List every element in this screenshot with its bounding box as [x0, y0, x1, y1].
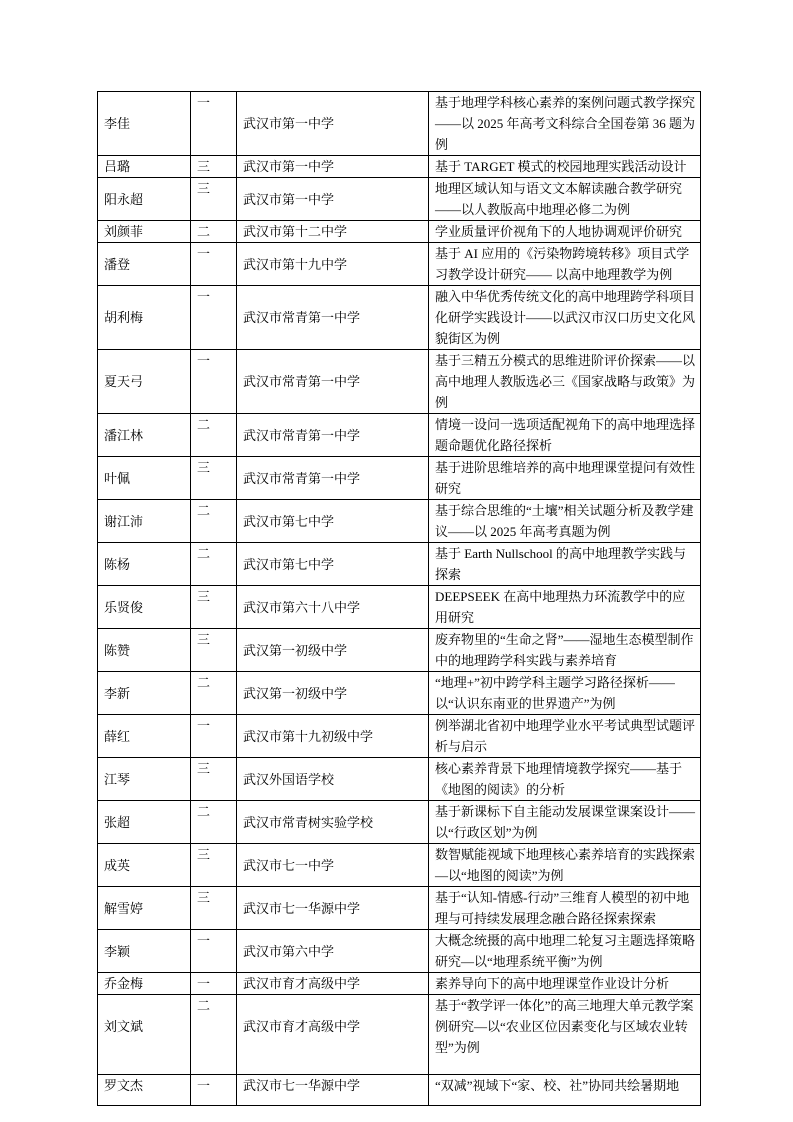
title-cell: 基于“教学评一体化”的高三地理大单元教学案例研究—以“农业区位因素变化与区域农业…: [429, 995, 701, 1075]
title-cell: 数智赋能视域下地理核心素养培育的实践探索—以“地图的阅读”为例: [429, 844, 701, 887]
name-cell: 刘颜菲: [98, 221, 191, 243]
table-row: 李颖一武汉市第六中学大概念统摄的高中地理二轮复习主题选择策略研究—以“地理系统平…: [98, 930, 701, 973]
title-cell: 基于综合思维的“土壤”相关试题分析及教学建议——以 2025 年高考真题为例: [429, 500, 701, 543]
table-row: 阳永超三武汉市第一中学地理区域认知与语文文本解读融合教学研究——以人教版高中地理…: [98, 178, 701, 221]
rank-cell: 二: [191, 414, 237, 457]
school-cell: 武汉市七一华源中学: [237, 887, 429, 930]
table-row: 潘登一武汉市第十九中学基于 AI 应用的《污染物跨境转移》项目式学习教学设计研究…: [98, 243, 701, 286]
table-row: 潘江林二武汉市常青第一中学情境一设问一选项适配视角下的高中地理选择题命题优化路径…: [98, 414, 701, 457]
rank-cell: 一: [191, 930, 237, 973]
rank-cell: 一: [191, 92, 237, 156]
rank-cell: 二: [191, 543, 237, 586]
name-cell: 乔金梅: [98, 973, 191, 995]
title-cell: 融入中华优秀传统文化的高中地理跨学科项目化研学实践设计——以武汉市汉口历史文化风…: [429, 286, 701, 350]
table-row: 胡利梅一武汉市常青第一中学融入中华优秀传统文化的高中地理跨学科项目化研学实践设计…: [98, 286, 701, 350]
school-cell: 武汉第一初级中学: [237, 629, 429, 672]
school-cell: 武汉市第一中学: [237, 156, 429, 178]
name-cell: 李佳: [98, 92, 191, 156]
table-row: 解雪婷三武汉市七一华源中学基于“认知-情感-行动”三维育人模型的初中地理与可持续…: [98, 887, 701, 930]
table-row: 谢江沛二武汉市第七中学基于综合思维的“土壤”相关试题分析及教学建议——以 202…: [98, 500, 701, 543]
title-cell: 废弃物里的“生命之肾”——湿地生态模型制作中的地理跨学科实践与素养培育: [429, 629, 701, 672]
title-cell: 素养导向下的高中地理课堂作业设计分析: [429, 973, 701, 995]
school-cell: 武汉市第七中学: [237, 543, 429, 586]
rank-cell: 三: [191, 156, 237, 178]
name-cell: 夏天弓: [98, 350, 191, 414]
awards-table-body: 李佳一武汉市第一中学基于地理学科核心素养的案例问题式教学探究——以 2025 年…: [98, 92, 701, 1106]
rank-cell: 一: [191, 243, 237, 286]
title-cell: 地理区域认知与语文文本解读融合教学研究——以人教版高中地理必修二为例: [429, 178, 701, 221]
table-row: 乐贤俊三武汉市第六十八中学DEEPSEEK 在高中地理热力环流教学中的应用研究: [98, 586, 701, 629]
awards-table: 李佳一武汉市第一中学基于地理学科核心素养的案例问题式教学探究——以 2025 年…: [97, 91, 701, 1106]
school-cell: 武汉第一初级中学: [237, 672, 429, 715]
school-cell: 武汉市常青第一中学: [237, 286, 429, 350]
table-row: 陈杨二武汉市第七中学基于 Earth Nullschool 的高中地理教学实践与…: [98, 543, 701, 586]
school-cell: 武汉市常青第一中学: [237, 457, 429, 500]
table-row: 吕璐三武汉市第一中学基于 TARGET 模式的校园地理实践活动设计: [98, 156, 701, 178]
title-cell: 基于三精五分模式的思维进阶评价探索——以高中地理人教版选必三《国家战略与政策》为…: [429, 350, 701, 414]
name-cell: 吕璐: [98, 156, 191, 178]
name-cell: 潘江林: [98, 414, 191, 457]
table-row: 乔金梅一武汉市育才高级中学素养导向下的高中地理课堂作业设计分析: [98, 973, 701, 995]
title-cell: 基于新课标下自主能动发展课堂课案设计——以“行政区划”为例: [429, 801, 701, 844]
name-cell: 乐贤俊: [98, 586, 191, 629]
name-cell: 薛红: [98, 715, 191, 758]
title-cell: “地理+”初中跨学科主题学习路径探析——以“认识东南亚的世界遗产”为例: [429, 672, 701, 715]
rank-cell: 一: [191, 715, 237, 758]
table-row: 刘文斌二武汉市育才高级中学基于“教学评一体化”的高三地理大单元教学案例研究—以“…: [98, 995, 701, 1075]
table-row: 李佳一武汉市第一中学基于地理学科核心素养的案例问题式教学探究——以 2025 年…: [98, 92, 701, 156]
rank-cell: 二: [191, 221, 237, 243]
name-cell: 成英: [98, 844, 191, 887]
rank-cell: 三: [191, 586, 237, 629]
rank-cell: 三: [191, 887, 237, 930]
table-row: 李新二武汉第一初级中学“地理+”初中跨学科主题学习路径探析——以“认识东南亚的世…: [98, 672, 701, 715]
name-cell: 陈赞: [98, 629, 191, 672]
title-cell: 基于进阶思维培养的高中地理课堂提问有效性研究: [429, 457, 701, 500]
school-cell: 武汉市常青第一中学: [237, 414, 429, 457]
school-cell: 武汉市第十九中学: [237, 243, 429, 286]
rank-cell: 三: [191, 457, 237, 500]
document-page: 李佳一武汉市第一中学基于地理学科核心素养的案例问题式教学探究——以 2025 年…: [0, 0, 793, 1122]
table-row: 张超二武汉市常青树实验学校基于新课标下自主能动发展课堂课案设计——以“行政区划”…: [98, 801, 701, 844]
name-cell: 刘文斌: [98, 995, 191, 1075]
title-cell: 核心素养背景下地理情境教学探究——基于《地图的阅读》的分析: [429, 758, 701, 801]
school-cell: 武汉市第一中学: [237, 178, 429, 221]
name-cell: 李新: [98, 672, 191, 715]
name-cell: 江琴: [98, 758, 191, 801]
school-cell: 武汉市育才高级中学: [237, 995, 429, 1075]
table-row: 陈赞三武汉第一初级中学废弃物里的“生命之肾”——湿地生态模型制作中的地理跨学科实…: [98, 629, 701, 672]
rank-cell: 一: [191, 286, 237, 350]
name-cell: 解雪婷: [98, 887, 191, 930]
school-cell: 武汉市七一中学: [237, 844, 429, 887]
school-cell: 武汉市第七中学: [237, 500, 429, 543]
table-row: 夏天弓一武汉市常青第一中学基于三精五分模式的思维进阶评价探索——以高中地理人教版…: [98, 350, 701, 414]
school-cell: 武汉市第六中学: [237, 930, 429, 973]
title-cell: 基于地理学科核心素养的案例问题式教学探究——以 2025 年高考文科综合全国卷第…: [429, 92, 701, 156]
title-cell: 基于“认知-情感-行动”三维育人模型的初中地理与可持续发展理念融合路径探索探索: [429, 887, 701, 930]
table-row: 刘颜菲二武汉市第十二中学学业质量评价视角下的人地协调观评价研究: [98, 221, 701, 243]
name-cell: 陈杨: [98, 543, 191, 586]
title-cell: 例举湖北省初中地理学业水平考试典型试题评析与启示: [429, 715, 701, 758]
table-row: 成英三武汉市七一中学数智赋能视域下地理核心素养培育的实践探索—以“地图的阅读”为…: [98, 844, 701, 887]
name-cell: 阳永超: [98, 178, 191, 221]
title-cell: 基于 TARGET 模式的校园地理实践活动设计: [429, 156, 701, 178]
table-row: 罗文杰一武汉市七一华源中学“双减”视域下“家、校、社”协同共绘暑期地: [98, 1075, 701, 1106]
title-cell: DEEPSEEK 在高中地理热力环流教学中的应用研究: [429, 586, 701, 629]
rank-cell: 二: [191, 500, 237, 543]
rank-cell: 二: [191, 672, 237, 715]
name-cell: 胡利梅: [98, 286, 191, 350]
rank-cell: 一: [191, 973, 237, 995]
title-cell: 基于 AI 应用的《污染物跨境转移》项目式学习教学设计研究—— 以高中地理教学为…: [429, 243, 701, 286]
rank-cell: 三: [191, 178, 237, 221]
school-cell: 武汉市第十九初级中学: [237, 715, 429, 758]
rank-cell: 三: [191, 629, 237, 672]
name-cell: 张超: [98, 801, 191, 844]
school-cell: 武汉市常青第一中学: [237, 350, 429, 414]
rank-cell: 一: [191, 1075, 237, 1106]
rank-cell: 三: [191, 758, 237, 801]
school-cell: 武汉市第十二中学: [237, 221, 429, 243]
school-cell: 武汉市七一华源中学: [237, 1075, 429, 1106]
school-cell: 武汉市育才高级中学: [237, 973, 429, 995]
name-cell: 谢江沛: [98, 500, 191, 543]
name-cell: 李颖: [98, 930, 191, 973]
school-cell: 武汉外国语学校: [237, 758, 429, 801]
rank-cell: 一: [191, 350, 237, 414]
name-cell: 罗文杰: [98, 1075, 191, 1106]
table-row: 江琴三武汉外国语学校核心素养背景下地理情境教学探究——基于《地图的阅读》的分析: [98, 758, 701, 801]
table-row: 叶佩三武汉市常青第一中学基于进阶思维培养的高中地理课堂提问有效性研究: [98, 457, 701, 500]
name-cell: 叶佩: [98, 457, 191, 500]
title-cell: 情境一设问一选项适配视角下的高中地理选择题命题优化路径探析: [429, 414, 701, 457]
table-row: 薛红一武汉市第十九初级中学例举湖北省初中地理学业水平考试典型试题评析与启示: [98, 715, 701, 758]
title-cell: 大概念统摄的高中地理二轮复习主题选择策略研究—以“地理系统平衡”为例: [429, 930, 701, 973]
title-cell: 学业质量评价视角下的人地协调观评价研究: [429, 221, 701, 243]
school-cell: 武汉市第六十八中学: [237, 586, 429, 629]
school-cell: 武汉市常青树实验学校: [237, 801, 429, 844]
title-cell: 基于 Earth Nullschool 的高中地理教学实践与探索: [429, 543, 701, 586]
title-cell: “双减”视域下“家、校、社”协同共绘暑期地: [429, 1075, 701, 1106]
school-cell: 武汉市第一中学: [237, 92, 429, 156]
name-cell: 潘登: [98, 243, 191, 286]
rank-cell: 三: [191, 844, 237, 887]
rank-cell: 二: [191, 801, 237, 844]
rank-cell: 二: [191, 995, 237, 1075]
